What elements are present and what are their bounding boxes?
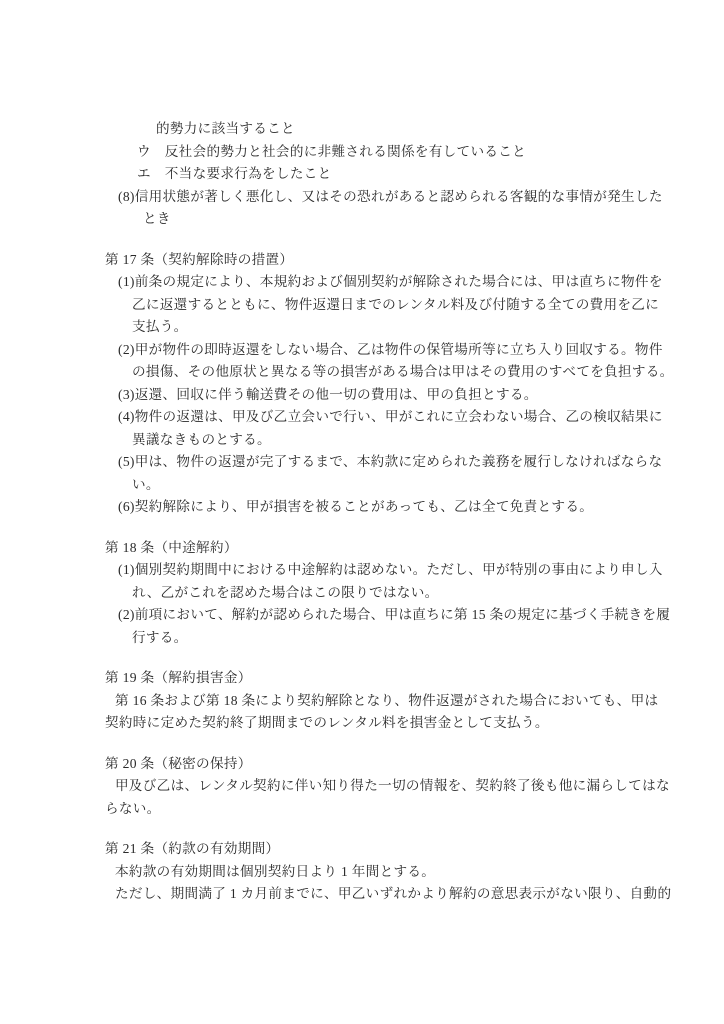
text-line: 支払う。 [105, 316, 630, 339]
text-line: れ、乙がこれを認めた場合はこの限りではない。 [105, 582, 630, 605]
text-line: 契約時に定めた契約終了期間までのレンタル料を損害金として支払う。 [105, 712, 630, 735]
article-heading: 第 18 条（中途解約） [105, 537, 630, 560]
text-line: (8)信用状態が著しく悪化し、又はその恐れがあると認められる客観的な事情が発生し… [105, 186, 630, 209]
text-line: (5)甲は、物件の返還が完了するまで、本約款に定められた義務を履行しなければなら… [105, 451, 630, 474]
text-line: 甲及び乙は、レンタル契約に伴い知り得た一切の情報を、契約終了後も他に漏らしてはな [105, 775, 630, 798]
text-line: い。 [105, 474, 630, 497]
article-heading: 第 20 条（秘密の保持） [105, 753, 630, 776]
text-line: 行する。 [105, 627, 630, 650]
text-line: エ 不当な要求行為をしたこと [105, 163, 630, 186]
article-heading: 第 19 条（解約損害金） [105, 667, 630, 690]
text-line: 第 16 条および第 18 条により契約解除となり、物件返還がされた場合において… [105, 690, 630, 713]
article-heading: 第 21 条（約款の有効期間） [105, 838, 630, 861]
text-line: (6)契約解除により、甲が損害を被ることがあっても、乙は全て免責とする。 [105, 496, 630, 519]
text-line: 乙に返還するとともに、物件返還日までのレンタル料及び付随する全ての費用を乙に [105, 294, 630, 317]
text-line: ウ 反社会的勢力と社会的に非難される関係を有していること [105, 141, 630, 164]
text-line: (3)返還、回収に伴う輸送費その他一切の費用は、甲の負担とする。 [105, 384, 630, 407]
text-line: の損傷、その他原状と異なる等の損害がある場合は甲はその費用のすべてを負担する。 [105, 361, 630, 384]
text-line: 本約款の有効期間は個別契約日より 1 年間とする。 [105, 861, 630, 884]
text-line: 的勢力に該当すること [105, 118, 630, 141]
text-line: 異議なきものとする。 [105, 429, 630, 452]
article-heading: 第 17 条（契約解除時の措置） [105, 249, 630, 272]
document-page: 的勢力に該当することウ 反社会的勢力と社会的に非難される関係を有していることエ … [0, 0, 724, 1024]
text-line: (2)甲が物件の即時返還をしない場合、乙は物件の保管場所等に立ち入り回収する。物… [105, 339, 630, 362]
text-line: (4)物件の返還は、甲及び乙立会いで行い、甲がこれに立会わない場合、乙の検収結果… [105, 406, 630, 429]
text-line: とき [105, 208, 630, 231]
text-line: ただし、期間満了 1 カ月前までに、甲乙いずれかより解約の意思表示がない限り、自… [105, 883, 630, 906]
text-line: (1)前条の規定により、本規約および個別契約が解除された場合には、甲は直ちに物件… [105, 271, 630, 294]
text-line: (1)個別契約期間中における中途解約は認めない。ただし、甲が特別の事由により申し… [105, 559, 630, 582]
text-line: らない。 [105, 798, 630, 821]
contract-text-block: 的勢力に該当することウ 反社会的勢力と社会的に非難される関係を有していることエ … [105, 118, 630, 906]
text-line: (2)前項において、解約が認められた場合、甲は直ちに第 15 条の規定に基づく手… [105, 604, 630, 627]
